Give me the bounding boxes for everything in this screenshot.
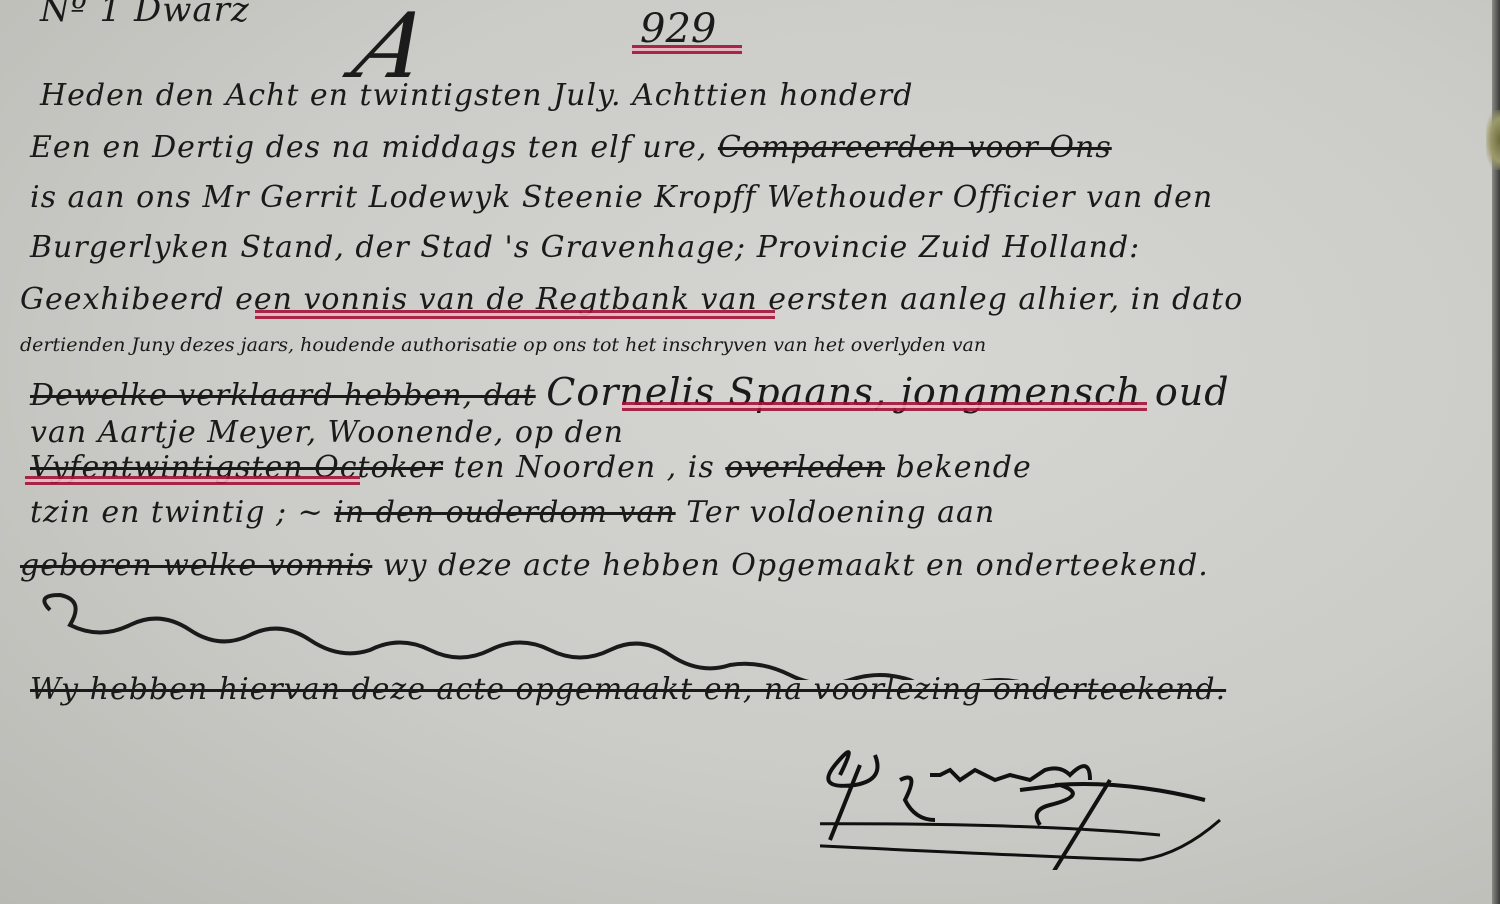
struck-text: Dewelke verklaard hebben, dat	[30, 378, 536, 413]
text-line-10: tzin en twintig ; ~ in den ouderdom van …	[30, 495, 995, 530]
text-line-2-main: Een en Dertig des na middags ten elf ure…	[30, 130, 707, 165]
signature	[820, 720, 1340, 870]
red-underline-date	[25, 476, 360, 485]
text-line-2: Een en Dertig des na middags ten elf ure…	[30, 130, 1112, 165]
struck-text: geboren welke vonnis	[20, 548, 372, 583]
record-number-underline	[632, 45, 742, 54]
text-line-11-after: wy deze acte hebben Opgemaakt en onderte…	[383, 548, 1209, 583]
text-line-4: Burgerlyken Stand, der Stad 's Gravenhag…	[30, 230, 1140, 265]
paper-stain	[1486, 110, 1500, 170]
struck-text: Compareerden voor Ons	[718, 130, 1112, 165]
text-line-9-main: ten Noorden , is	[453, 450, 714, 485]
text-line-10-after: Ter voldoening aan	[686, 495, 995, 530]
struck-text: overleden	[725, 450, 885, 485]
text-line-3: is aan ons Mr Gerrit Lodewyk Steenie Kro…	[30, 180, 1213, 215]
corner-note: Nº 1 Dwarz	[40, 0, 250, 30]
wavy-filler-line	[30, 590, 1500, 680]
text-line-11: geboren welke vonnis wy deze acte hebben…	[20, 548, 1209, 583]
red-underline-name	[622, 402, 1147, 411]
text-line-10-main: tzin en twintig ; ~	[30, 495, 324, 530]
text-line-12: Wy hebben hiervan deze acte opgemaakt en…	[30, 672, 1226, 707]
struck-text: Wy hebben hiervan deze acte opgemaakt en…	[30, 672, 1226, 707]
text-line-8: van Aartje Meyer, Woonende, op den	[30, 415, 624, 450]
document-page: Nº 1 Dwarz A 929 Heden den Acht en twint…	[0, 0, 1500, 904]
text-line-9-after: bekende	[896, 450, 1032, 485]
struck-text: in den ouderdom van	[334, 495, 675, 530]
text-line-6: dertienden Juny dezes jaars, houdende au…	[20, 334, 986, 356]
text-line-1: Heden den Acht en twintigsten July. Acht…	[40, 78, 913, 113]
red-underline-vonnis	[255, 310, 775, 319]
